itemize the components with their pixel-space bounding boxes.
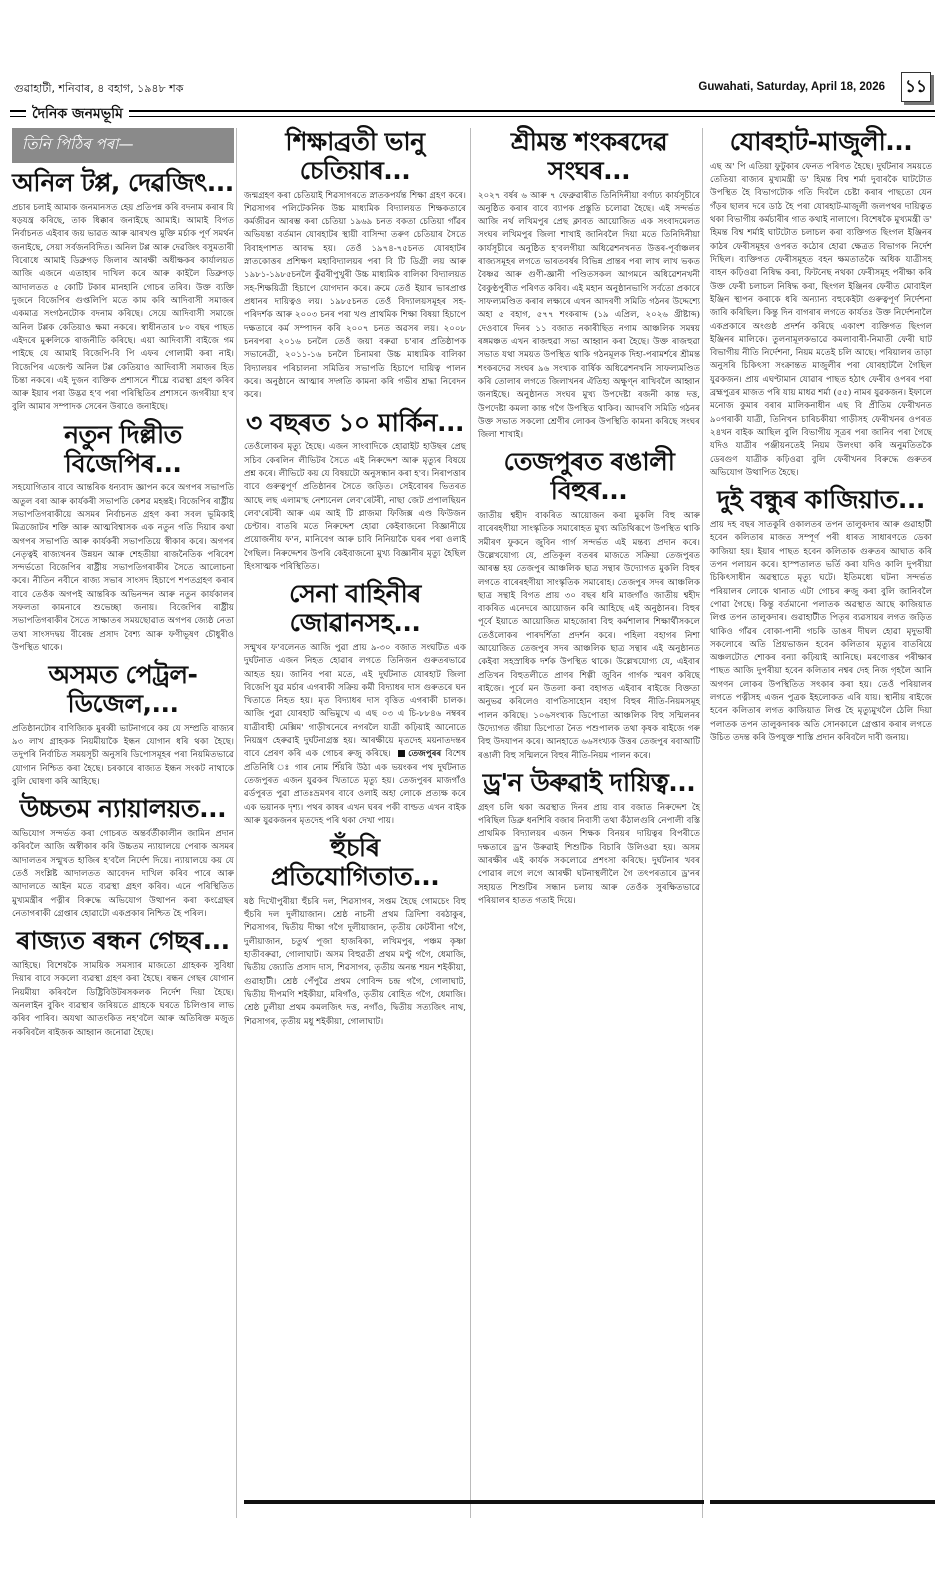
- article-body: অভিযোগ সন্দৰ্ভত কৰা গোচৰত অন্তৰ্বৰ্তীকাল…: [12, 828, 234, 921]
- headline: হুঁচৰি প্ৰতিযোগিতাত...: [244, 834, 466, 892]
- article-supreme-court: উচ্চতম ন্যায়ালয়ত... অভিযোগ সন্দৰ্ভত কৰ…: [12, 795, 234, 921]
- column-divider: [702, 128, 703, 1518]
- headline: নতুন দিল্লীত বিজেপিৰ...: [12, 421, 234, 479]
- headline: ড্ৰ'ন উৰুৱাই দায়িত্ব...: [478, 769, 700, 798]
- headline: ৰাজ্যত ৰন্ধন গেছৰ...: [12, 927, 234, 956]
- article-petrol-diesel: অসমত পেট্ৰল-ডিজেল,... প্ৰতিষ্ঠানটোৰ বাণি…: [12, 661, 234, 789]
- headline: শিক্ষাব্ৰতী ভানু চেতিয়াৰ...: [244, 128, 466, 186]
- page-number: ১১: [901, 72, 931, 102]
- article-jorhat-majuli: যোৰহাট-মাজুলী... এছ অ' পি এতিয়া ফুটুকাৰ…: [710, 128, 932, 480]
- dateline-subheading: তেজপুৰৰ: [408, 749, 441, 759]
- article-body: গ্ৰহণ চলি থকা অৱস্থাত দিনৰ প্ৰায় বাৰ বজ…: [478, 802, 700, 909]
- article-body: প্ৰতিষ্ঠানটোৰ বাণিজ্যিক মুৰব্বী ভাটনাগৰে…: [12, 723, 234, 790]
- column-1: তিনি পিঠিৰ পৰা— অনিল টপ্প, দেৱজিৎ... প্ৰ…: [12, 128, 234, 1040]
- article-anil-toppo: অনিল টপ্প, দেৱজিৎ... প্ৰচাৰ চলাই আমাক জন…: [12, 169, 234, 415]
- article-body: ২০২৭ বৰ্ষৰ ৬ আৰু ৭ ফেব্ৰুৱাৰীত তিনিদিনীয…: [478, 190, 700, 443]
- continued-from-page-3-banner: তিনি পিঠিৰ পৰা—: [12, 128, 234, 163]
- article-body-text-2: বিশেষ প্ৰতিনিধি ঃ গাৰ নোম শিঁয়ৰি উঠা এক…: [244, 749, 466, 826]
- square-bullet-icon: [398, 750, 405, 757]
- column-2: শিক্ষাব্ৰতী ভানু চেতিয়াৰ... জন্মগ্ৰহণ ক…: [244, 128, 466, 1029]
- article-body: সন্মুখৰ ফ'বলেনত আজি পুৱা প্ৰায় ৯-৩০ বজা…: [244, 642, 466, 828]
- article-army-jawan: সেনা বাহিনীৰ জোৱানসহ... সন্মুখৰ ফ'বলেনত …: [244, 580, 466, 828]
- article-body: প্ৰায় দহ বছৰ সাতকুৰি ওকালতৰ তপন তালুকদা…: [710, 519, 932, 745]
- newspaper-name: দৈনিক জনমভূমি: [26, 102, 129, 126]
- bottom-rule: [710, 1500, 935, 1504]
- headline: তেজপুৰত ৰঙালী বিহুৰ...: [478, 448, 700, 506]
- article-body: জাতীয় শ্বহীদ বাকৰিত আয়োজন কৰা মুকলি বি…: [478, 510, 700, 763]
- headline: অসমত পেট্ৰল-ডিজেল,...: [12, 661, 234, 719]
- article-drone: ড্ৰ'ন উৰুৱাই দায়িত্ব... গ্ৰহণ চলি থকা অ…: [478, 769, 700, 908]
- column-divider: [236, 128, 237, 1518]
- date-english: Guwahati, Saturday, April 18, 2026: [698, 81, 885, 93]
- date-assamese: গুৱাহাটী, শনিবাৰ, ৪ বহাগ, ১৯৪৮ শক: [14, 80, 183, 99]
- article-sankardev-sangha: শ্ৰীমন্ত শংকৰদেৱ সংঘৰ... ২০২৭ বৰ্ষৰ ৬ আৰ…: [478, 128, 700, 442]
- headline: সেনা বাহিনীৰ জোৱানসহ...: [244, 580, 466, 638]
- column-divider: [470, 128, 471, 1518]
- article-body: আহিছে। বিশেষকৈ সাময়িক সমস্যাৰ মাজতো গ্ৰ…: [12, 960, 234, 1040]
- masthead-rule: [10, 110, 935, 117]
- newspaper-brand-row: দৈনিক জনমভূমি: [10, 102, 935, 120]
- column-3: শ্ৰীমন্ত শংকৰদেৱ সংঘৰ... ২০২৭ বৰ্ষৰ ৬ আৰ…: [478, 128, 700, 908]
- article-bhanu-chetia: শিক্ষাব্ৰতী ভানু চেতিয়াৰ... জন্মগ্ৰহণ ক…: [244, 128, 466, 403]
- headline: শ্ৰীমন্ত শংকৰদেৱ সংঘৰ...: [478, 128, 700, 186]
- headline: যোৰহাট-মাজুলী...: [710, 128, 932, 157]
- headline: অনিল টপ্প, দেৱজিৎ...: [12, 169, 234, 198]
- article-body: সহযোগিতাৰ বাবে আন্তৰিক ধন্যবাদ জ্ঞাপন কৰ…: [12, 482, 234, 655]
- column-4: যোৰহাট-মাজুলী... এছ অ' পি এতিয়া ফুটুকাৰ…: [710, 128, 932, 745]
- headline: দুই বন্ধুৰ কাজিয়াত...: [710, 486, 932, 515]
- article-huchori-competition: হুঁচৰি প্ৰতিযোগিতাত... ষষ্ঠ দিখৌপুৰীয়া …: [244, 834, 466, 1029]
- bottom-rule: [244, 1500, 704, 1504]
- article-body: তেওঁলোকৰ মৃত্যু হৈছে। এজন সাংবাদিকে হোৱা…: [244, 441, 466, 574]
- article-body: এছ অ' পি এতিয়া ফুটুকাৰ ফেনত পৰিণত হৈছে।…: [710, 161, 932, 481]
- article-body: ষষ্ঠ দিখৌপুৰীয়া হুঁচৰি দল, শিৱসাগৰ, সপ্…: [244, 896, 466, 1029]
- article-body: জন্মগ্ৰহণ কৰা চেতিয়াই শিৱসাগৰতে স্নাতকপ…: [244, 190, 466, 403]
- headline: উচ্চতম ন্যায়ালয়ত...: [12, 795, 234, 824]
- article-us-scientists: ৩ বছৰত ১০ মাৰ্কিন... তেওঁলোকৰ মৃত্যু হৈছ…: [244, 409, 466, 575]
- article-body-text: সন্মুখৰ ফ'বলেনত আজি পুৱা প্ৰায় ৯-৩০ বজা…: [244, 643, 466, 760]
- article-two-friends-quarrel: দুই বন্ধুৰ কাজিয়াত... প্ৰায় দহ বছৰ সাত…: [710, 486, 932, 745]
- article-tezpur-bihu: তেজপুৰত ৰঙালী বিহুৰ... জাতীয় শ্বহীদ বাক…: [478, 448, 700, 762]
- article-cooking-gas: ৰাজ্যত ৰন্ধন গেছৰ... আহিছে। বিশেষকৈ সাময…: [12, 927, 234, 1040]
- article-body: প্ৰচাৰ চলাই আমাক জনমানসত হেয় প্ৰতিপন্ন …: [12, 202, 234, 415]
- headline: ৩ বছৰত ১০ মাৰ্কিন...: [244, 409, 466, 438]
- article-bjp-delhi: নতুন দিল্লীত বিজেপিৰ... সহযোগিতাৰ বাবে আ…: [12, 421, 234, 656]
